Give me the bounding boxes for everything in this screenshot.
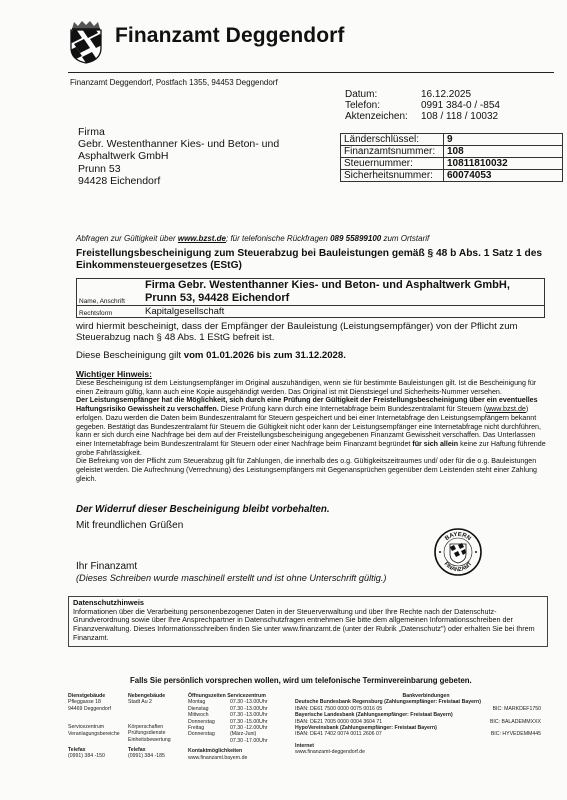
recipient-address: Firma Gebr. Westenthanner Kies- und Beto… xyxy=(78,126,279,187)
legal-form-label: Rechtsform xyxy=(77,306,145,317)
tax-id-table: Länderschlüssel:9 Finanzamtsnummer:108 S… xyxy=(340,133,563,182)
revocation-note: Der Widerruf dieser Bescheinigung bleibt… xyxy=(76,504,330,515)
header-divider xyxy=(68,72,554,73)
notice-paragraph: Diese Bescheinigung ist dem Leistungsemp… xyxy=(76,379,550,396)
machine-generated-note: (Dieses Schreiben wurde maschinell erste… xyxy=(76,573,386,583)
crest-icon xyxy=(68,20,104,64)
legal-form-value: Kapitalgesellschaft xyxy=(145,306,224,317)
footer-bank-details: Bankverbindungen Deutsche Bundesbank Reg… xyxy=(295,693,557,756)
table-row: Steuernummer:10811810032 xyxy=(341,158,563,170)
notice-heading: Wichtiger Hinweis: xyxy=(76,369,152,379)
recipient-box: Name, Anschrift Firma Gebr. Westenthanne… xyxy=(76,278,545,318)
name-label: Name, Anschrift xyxy=(77,279,145,305)
meta-phone: Telefon:0991 384-0 / -854 xyxy=(345,100,500,111)
certification-text: wird hiermit bescheinigt, dass der Empfä… xyxy=(76,321,546,344)
footer-opening-hours: Öffnungszeiten Servicezentrum Montag07.3… xyxy=(188,693,288,761)
validity-period: Diese Bescheinigung gilt vom 01.01.2026 … xyxy=(76,350,346,361)
recipient-name: Firma Gebr. Westenthanner Kies- und Beto… xyxy=(145,279,510,305)
privacy-notice-box: Datenschutzhinweis Informationen über di… xyxy=(68,596,548,647)
document-title: Freistellungsbescheinigung zum Steuerabz… xyxy=(76,248,546,272)
privacy-text: Informationen über die Verarbeitung pers… xyxy=(73,608,543,643)
svg-text:BAYERN: BAYERN xyxy=(444,532,471,542)
office-title: Finanzamt Deggendorf xyxy=(115,24,345,48)
table-row: Finanzamtsnummer:108 xyxy=(341,146,563,158)
validity-query-line: Abfragen zur Gültigkeit über www.bzst.de… xyxy=(76,234,429,243)
meta-file-number: Aktenzeichen:108 / 118 / 10032 xyxy=(345,111,500,122)
table-row: Länderschlüssel:9 xyxy=(341,134,563,146)
bzst-link[interactable]: www.bzst.de xyxy=(486,405,526,413)
official-seal-icon: BAYERN FINANZAMT xyxy=(433,527,483,577)
appointment-note: Falls Sie persönlich vorsprechen wollen,… xyxy=(130,676,472,685)
letter-meta: Datum:16.12.2025 Telefon:0991 384-0 / -8… xyxy=(345,89,500,122)
website-link[interactable]: www.finanzamt-deggendorf.de xyxy=(295,749,557,755)
important-notice: Diese Bescheinigung ist dem Leistungsemp… xyxy=(76,379,550,483)
bzst-link[interactable]: www.bzst.de xyxy=(178,234,226,243)
notice-paragraph: Der Leistungsempfänger hat die Möglichke… xyxy=(76,396,550,457)
meta-date: Datum:16.12.2025 xyxy=(345,89,500,100)
sender-address-line: Finanzamt Deggendorf, Postfach 1355, 944… xyxy=(70,78,278,87)
greeting: Mit freundlichen Grüßen xyxy=(76,520,183,531)
query-phone: 089 55899100 xyxy=(330,234,381,243)
contact-link[interactable]: www.finanzamt.bayern.de xyxy=(188,755,288,761)
signature-line: Ihr Finanzamt xyxy=(76,561,137,572)
notice-paragraph: Die Befreiung von der Pflicht zum Steuer… xyxy=(76,457,550,483)
table-row: Sicherheitsnummer:60074053 xyxy=(341,170,563,182)
